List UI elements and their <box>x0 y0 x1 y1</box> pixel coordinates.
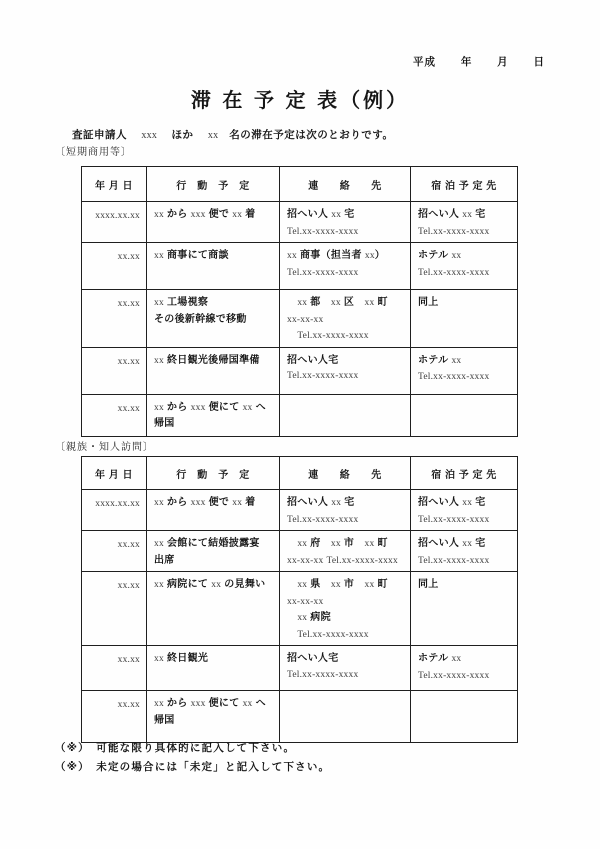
cell-line: 招へい人 xx 宅 <box>287 207 407 224</box>
document-page: 平成 年 月 日 滞 在 予 定 表（例） 査証申請人 xxx ほか xx 名の… <box>0 0 600 849</box>
placeholder-text: xx <box>232 498 242 508</box>
cell-line: xx から xxx 便にて xx へ <box>154 696 276 713</box>
cell-line: xx.xx <box>84 578 140 595</box>
placeholder-text: xx <box>331 298 341 308</box>
placeholder-text: xx.xx <box>118 540 140 550</box>
date-cell: xxxx.xx.xx <box>82 490 147 531</box>
placeholder-text: xx <box>154 498 164 508</box>
spacer <box>157 129 171 141</box>
stay-cell: ホテル xxTel.xx-xxxx-xxxx <box>411 646 518 691</box>
action-cell: xx から xxx 便にて xx へ帰国 <box>147 394 280 436</box>
placeholder-text: xx-xx-xx <box>287 315 323 325</box>
text-run: ホテル <box>418 355 451 366</box>
text-run: 便にて <box>206 402 243 413</box>
cell-line: Tel.xx-xxxx-xxxx <box>287 224 407 241</box>
text-run: 着 <box>242 497 255 508</box>
placeholder-text: xx.xx <box>118 357 140 367</box>
cell-line: xx 病院 <box>287 610 407 627</box>
placeholder-text: xx <box>154 654 164 664</box>
cell-line: xx.xx <box>84 354 140 371</box>
cell-line: 招へい人 xx 宅 <box>418 207 514 224</box>
text-run: 市 <box>341 579 365 590</box>
placeholder-text: Tel.xx-xxxx-xxxx <box>287 670 358 680</box>
text-run: 商事にて商談 <box>164 250 229 261</box>
stay-cell <box>411 394 518 436</box>
text-run: 招へい人 <box>287 209 331 220</box>
date-cell: xx.xx <box>82 531 147 572</box>
contact-cell: 招へい人 xx 宅Tel.xx-xxxx-xxxx <box>280 202 411 243</box>
day-label: 日 <box>533 54 545 69</box>
text-run: 招へい人宅 <box>287 653 339 664</box>
date-cell: xx.xx <box>82 691 147 743</box>
text-run: 町 <box>374 579 387 590</box>
cell-line: xx 商事（担当者 xx） <box>287 248 407 265</box>
column-header: 連 絡 先 <box>280 457 411 490</box>
action-cell: xx 工場視察その後新幹線で移動 <box>147 290 280 348</box>
cell-line: Tel.xx-xxxx-xxxx <box>418 265 514 282</box>
cell-line: Tel.xx-xxxx-xxxx <box>418 369 514 386</box>
placeholder-text: xx <box>154 251 164 261</box>
month-label: 月 <box>497 54 509 69</box>
cell-line: xx から xxx 便にて xx へ <box>154 400 276 417</box>
text-run: その後新幹線で移動 <box>154 314 247 325</box>
footnote-2: （※） 未定の場合には「未定」と記入して下さい。 <box>55 758 330 777</box>
cell-line: 招へい人宅 <box>287 353 407 369</box>
text-run: ） <box>375 250 385 261</box>
text-run: 終日観光 <box>164 653 208 664</box>
stay-cell: ホテル xxTel.xx-xxxx-xxxx <box>411 243 518 290</box>
cell-line: Tel.xx-xxxx-xxxx <box>418 668 514 685</box>
text-run: 終日観光後帰国準備 <box>164 355 260 366</box>
action-cell: xx 終日観光後帰国準備 <box>147 347 280 394</box>
contact-cell <box>280 691 411 743</box>
text-run: 工場視察 <box>164 297 208 308</box>
placeholder-text: Tel.xx-xxxx-xxxx <box>287 268 358 278</box>
text-run <box>287 538 297 549</box>
spacer <box>127 129 141 141</box>
cell-line: xx.xx <box>84 652 140 669</box>
cell-line: xx.xx <box>84 537 140 554</box>
placeholder-text: xx <box>243 699 253 709</box>
text-run: 招へい人 <box>418 497 462 508</box>
intro-text: 査証申請人 xxx ほか xx 名の滞在予定は次のとおりです。 <box>72 127 393 142</box>
placeholder-text: xx <box>154 580 164 590</box>
placeholder-text: xx <box>462 498 472 508</box>
section-label-relatives-visit: 〔親族・知人訪問〕 <box>55 438 154 453</box>
intro-suffix: 名の滞在予定は次のとおりです。 <box>229 129 393 141</box>
date-line: 平成 年 月 日 <box>413 54 545 69</box>
text-run: 招へい人 <box>287 497 331 508</box>
text-run: 宅 <box>341 497 354 508</box>
cell-line: 帰国 <box>154 416 276 432</box>
text-run <box>287 579 297 590</box>
text-run: 市 <box>341 538 365 549</box>
contact-cell: xx 商事（担当者 xx）Tel.xx-xxxx-xxxx <box>280 243 411 290</box>
placeholder-text: xx <box>451 251 461 261</box>
placeholder-text: xx.xx <box>118 581 140 591</box>
text-run: 帰国 <box>154 715 175 726</box>
text-run: 便で <box>206 497 233 508</box>
placeholder-text: xx-xx-xx <box>287 597 323 607</box>
text-run: 招へい人 <box>418 538 462 549</box>
text-run <box>287 612 297 623</box>
stay-cell: 同上 <box>411 572 518 646</box>
contact-cell: 招へい人宅Tel.xx-xxxx-xxxx <box>280 347 411 394</box>
table-row: xxxx.xx.xxxx から xxx 便で xx 着招へい人 xx 宅Tel.… <box>82 202 518 243</box>
placeholder-text: xx <box>331 539 341 549</box>
text-run: 同上 <box>418 579 439 590</box>
cell-line: 招へい人 xx 宅 <box>287 495 407 512</box>
cell-line: xx-xx-xx <box>287 312 407 329</box>
footnotes: （※） 可能な限り具体的に記入して下さい。 （※） 未定の場合には「未定」と記入… <box>55 739 330 776</box>
placeholder-text: xx <box>365 580 375 590</box>
cell-line: xx 終日観光後帰国準備 <box>154 353 276 370</box>
text-run: 宅 <box>472 538 485 549</box>
table-row: xx.xxxx 工場視察その後新幹線で移動 xx 都 xx 区 xx 町xx-x… <box>82 290 518 348</box>
cell-line: Tel.xx-xxxx-xxxx <box>418 512 514 529</box>
cell-line: Tel.xx-xxxx-xxxx <box>418 224 514 241</box>
placeholder-text: Tel.xx-xxxx-xxxx <box>418 515 489 525</box>
column-header: 連 絡 先 <box>280 167 411 202</box>
placeholder-text: xx <box>331 498 341 508</box>
placeholder-text: xx-xx-xx <box>287 556 323 566</box>
action-cell: xx 終日観光 <box>147 646 280 691</box>
text-run: 同上 <box>418 297 439 308</box>
spacer <box>193 129 207 141</box>
contact-cell: 招へい人宅Tel.xx-xxxx-xxxx <box>280 646 411 691</box>
action-cell: xx から xxx 便で xx 着 <box>147 202 280 243</box>
cell-line: 招へい人 xx 宅 <box>418 536 514 553</box>
placeholder-text: xx <box>451 356 461 366</box>
placeholder-text: xxx <box>191 498 206 508</box>
table-row: xxxx.xx.xxxx から xxx 便で xx 着招へい人 xx 宅Tel.… <box>82 490 518 531</box>
contact-cell <box>280 394 411 436</box>
placeholder-text: xx <box>297 580 307 590</box>
year-label: 年 <box>461 54 473 69</box>
text-run: 着 <box>242 209 255 220</box>
text-run: 区 <box>341 297 365 308</box>
cell-line: Tel.xx-xxxx-xxxx <box>287 265 407 282</box>
placeholder-text: Tel.xx-xxxx-xxxx <box>418 556 489 566</box>
text-run: 商事（担当者 <box>297 250 365 261</box>
cell-line: xx.xx <box>84 401 140 418</box>
table-row: xx.xxxx 病院にて xx の見舞い xx 県 xx 市 xx 町xx-xx… <box>82 572 518 646</box>
cell-line: xx 終日観光 <box>154 651 276 668</box>
action-cell: xx 商事にて商談 <box>147 243 280 290</box>
column-header: 宿 泊 予 定 先 <box>411 167 518 202</box>
cell-line: xx から xxx 便で xx 着 <box>154 495 276 512</box>
contact-cell: xx 都 xx 区 xx 町xx-xx-xx Tel.xx-xxxx-xxxx <box>280 290 411 348</box>
contact-cell: xx 県 xx 市 xx 町xx-xx-xx xx 病院 Tel.xx-xxxx… <box>280 572 411 646</box>
placeholder-text: xx <box>365 251 375 261</box>
date-cell: xxxx.xx.xx <box>82 202 147 243</box>
stay-cell <box>411 691 518 743</box>
date-cell: xx.xx <box>82 572 147 646</box>
table-row: xx.xxxx 終日観光後帰国準備招へい人宅Tel.xx-xxxx-xxxxホテ… <box>82 347 518 394</box>
placeholder-text: Tel.xx-xxxx-xxxx <box>287 515 358 525</box>
text-run: 都 <box>307 297 331 308</box>
action-cell: xx から xxx 便にて xx へ帰国 <box>147 691 280 743</box>
column-header: 年 月 日 <box>82 167 147 202</box>
header-row: 年 月 日行 動 予 定連 絡 先宿 泊 予 定 先 <box>82 457 518 490</box>
table-row: xx.xxxx 会館にて結婚披露宴出席 xx 府 xx 市 xx 町xx-xx-… <box>82 531 518 572</box>
count-placeholder: xx <box>208 130 218 141</box>
action-cell: xx 病院にて xx の見舞い <box>147 572 280 646</box>
placeholder-text: Tel.xx-xxxx-xxxx <box>418 227 489 237</box>
placeholder-text: xx <box>462 210 472 220</box>
text-run: から <box>164 497 191 508</box>
footnote-1: （※） 可能な限り具体的に記入して下さい。 <box>55 739 330 758</box>
placeholder-text: Tel.xx-xxxx-xxxx <box>327 556 398 566</box>
text-run: 町 <box>374 538 387 549</box>
action-cell: xx 会館にて結婚披露宴出席 <box>147 531 280 572</box>
text-run: 宅 <box>472 497 485 508</box>
column-header: 宿 泊 予 定 先 <box>411 457 518 490</box>
placeholder-text: Tel.xx-xxxx-xxxx <box>418 268 489 278</box>
date-cell: xx.xx <box>82 290 147 348</box>
cell-line: Tel.xx-xxxx-xxxx <box>287 627 407 644</box>
column-header: 行 動 予 定 <box>147 167 280 202</box>
era-label: 平成 <box>413 54 436 69</box>
text-run: 便で <box>206 209 233 220</box>
section-label-short-business: 〔短期商用等〕 <box>55 143 132 158</box>
date-cell: xx.xx <box>82 646 147 691</box>
text-run: 招へい人宅 <box>287 355 339 366</box>
text-run: 病院 <box>307 612 331 623</box>
cell-line: xxxx.xx.xx <box>84 208 140 225</box>
cell-line: xx 商事にて商談 <box>154 248 276 265</box>
placeholder-text: xx <box>297 298 307 308</box>
cell-line: xx 病院にて xx の見舞い <box>154 577 276 594</box>
column-header: 行 動 予 定 <box>147 457 280 490</box>
placeholder-text: xx.xx <box>118 299 140 309</box>
stay-cell: 招へい人 xx 宅Tel.xx-xxxx-xxxx <box>411 490 518 531</box>
placeholder-text: xx <box>331 580 341 590</box>
cell-line: xx 会館にて結婚披露宴 <box>154 536 276 553</box>
stay-cell: 招へい人 xx 宅Tel.xx-xxxx-xxxx <box>411 202 518 243</box>
intro-middle: ほか <box>171 129 193 141</box>
stay-cell: 招へい人 xx 宅Tel.xx-xxxx-xxxx <box>411 531 518 572</box>
placeholder-text: xx <box>331 210 341 220</box>
text-run: ホテル <box>418 250 451 261</box>
placeholder-text: xx.xx <box>118 404 140 414</box>
cell-line: xx.xx <box>84 296 140 313</box>
spacer <box>218 129 229 141</box>
placeholder-text: xxx <box>191 403 206 413</box>
cell-line: Tel.xx-xxxx-xxxx <box>287 328 407 345</box>
text-run: 招へい人 <box>418 209 462 220</box>
stay-cell: ホテル xxTel.xx-xxxx-xxxx <box>411 347 518 394</box>
placeholder-text: Tel.xx-xxxx-xxxx <box>418 372 489 382</box>
placeholder-text: Tel.xx-xxxx-xxxx <box>297 630 368 640</box>
placeholder-text: xx <box>154 210 164 220</box>
text-run: 病院にて <box>164 579 211 590</box>
text-run: から <box>164 402 191 413</box>
date-cell: xx.xx <box>82 243 147 290</box>
cell-line: xx-xx-xx <box>287 594 407 611</box>
placeholder-text: xxxx.xx.xx <box>95 499 140 509</box>
intro-prefix: 査証申請人 <box>72 129 127 141</box>
placeholder-text: xx <box>154 699 164 709</box>
cell-line: xx から xxx 便で xx 着 <box>154 207 276 224</box>
placeholder-text: xx <box>297 539 307 549</box>
placeholder-text: xx <box>451 654 461 664</box>
cell-line: 同上 <box>418 577 514 593</box>
placeholder-text: xx <box>232 210 242 220</box>
cell-line: その後新幹線で移動 <box>154 312 276 328</box>
placeholder-text: xx.xx <box>118 655 140 665</box>
placeholder-text: xx <box>287 251 297 261</box>
cell-line: xx.xx <box>84 249 140 266</box>
contact-cell: 招へい人 xx 宅Tel.xx-xxxx-xxxx <box>280 490 411 531</box>
text-run: 宅 <box>472 209 485 220</box>
placeholder-text: Tel.xx-xxxx-xxxx <box>418 671 489 681</box>
text-run <box>287 297 297 308</box>
placeholder-text: Tel.xx-xxxx-xxxx <box>287 371 358 381</box>
text-run: へ <box>253 698 266 709</box>
placeholder-text: xx <box>297 613 307 623</box>
table-row: xx.xxxx から xxx 便にて xx へ帰国 <box>82 691 518 743</box>
cell-line: 招へい人 xx 宅 <box>418 495 514 512</box>
cell-line: ホテル xx <box>418 248 514 265</box>
date-cell: xx.xx <box>82 394 147 436</box>
cell-line: xx 工場視察 <box>154 295 276 312</box>
cell-line: xx 県 xx 市 xx 町 <box>287 577 407 594</box>
cell-line: Tel.xx-xxxx-xxxx <box>287 368 407 385</box>
placeholder-text: Tel.xx-xxxx-xxxx <box>297 331 368 341</box>
cell-line: Tel.xx-xxxx-xxxx <box>287 667 407 684</box>
cell-line: Tel.xx-xxxx-xxxx <box>418 553 514 570</box>
cell-line: xx.xx <box>84 697 140 714</box>
placeholder-text: xxx <box>191 210 206 220</box>
placeholder-text: xx <box>365 539 375 549</box>
text-run: 宅 <box>341 209 354 220</box>
text-run: 便にて <box>206 698 243 709</box>
schedule-table-relatives-visit: 年 月 日行 動 予 定連 絡 先宿 泊 予 定 先xxxx.xx.xxxx か… <box>81 456 518 743</box>
placeholder-text: xx <box>154 356 164 366</box>
placeholder-text: xxx <box>191 699 206 709</box>
date-cell: xx.xx <box>82 347 147 394</box>
text-run: 帰国 <box>154 418 175 429</box>
stay-cell: 同上 <box>411 290 518 348</box>
cell-line: xx-xx-xx Tel.xx-xxxx-xxxx <box>287 553 407 570</box>
placeholder-text: xx <box>154 539 164 549</box>
text-run: ホテル <box>418 653 451 664</box>
placeholder-text: xxxx.xx.xx <box>95 211 140 221</box>
placeholder-text: xx.xx <box>118 252 140 262</box>
cell-line: ホテル xx <box>418 353 514 370</box>
text-run: から <box>164 698 191 709</box>
table-row: xx.xxxx 終日観光招へい人宅Tel.xx-xxxx-xxxxホテル xxT… <box>82 646 518 691</box>
placeholder-text: xx <box>462 539 472 549</box>
text-run <box>287 330 297 341</box>
text-run: の見舞い <box>221 579 265 590</box>
schedule-table-short-business: 年 月 日行 動 予 定連 絡 先宿 泊 予 定 先xxxx.xx.xxxx か… <box>81 166 518 437</box>
placeholder-text: xx <box>154 403 164 413</box>
table-row: xx.xxxx 商事にて商談xx 商事（担当者 xx）Tel.xx-xxxx-x… <box>82 243 518 290</box>
header-row: 年 月 日行 動 予 定連 絡 先宿 泊 予 定 先 <box>82 167 518 202</box>
text-run: から <box>164 209 191 220</box>
placeholder-text: xx <box>154 298 164 308</box>
placeholder-text: xx <box>243 403 253 413</box>
cell-line: 出席 <box>154 553 276 569</box>
placeholder-text: xx <box>365 298 375 308</box>
contact-cell: xx 府 xx 市 xx 町xx-xx-xx Tel.xx-xxxx-xxxx <box>280 531 411 572</box>
cell-line: ホテル xx <box>418 651 514 668</box>
text-run: へ <box>253 402 266 413</box>
cell-line: xxxx.xx.xx <box>84 496 140 513</box>
placeholder-text: xx <box>211 580 221 590</box>
text-run: 出席 <box>154 555 175 566</box>
placeholder-text: Tel.xx-xxxx-xxxx <box>287 227 358 237</box>
cell-line: Tel.xx-xxxx-xxxx <box>287 512 407 529</box>
table-row: xx.xxxx から xxx 便にて xx へ帰国 <box>82 394 518 436</box>
text-run: 府 <box>307 538 331 549</box>
applicant-placeholder: xxx <box>141 130 157 141</box>
text-run: 会館にて結婚披露宴 <box>164 538 260 549</box>
placeholder-text: xx.xx <box>118 700 140 710</box>
cell-line: 招へい人宅 <box>287 651 407 667</box>
cell-line: 帰国 <box>154 713 276 729</box>
cell-line: 同上 <box>418 295 514 311</box>
column-header: 年 月 日 <box>82 457 147 490</box>
text-run: 県 <box>307 579 331 590</box>
text-run <box>287 629 297 640</box>
action-cell: xx から xxx 便で xx 着 <box>147 490 280 531</box>
text-run: 町 <box>374 297 387 308</box>
cell-line: xx 都 xx 区 xx 町 <box>287 295 407 312</box>
cell-line: xx 府 xx 市 xx 町 <box>287 536 407 553</box>
page-title: 滞 在 予 定 表（例） <box>0 84 600 113</box>
